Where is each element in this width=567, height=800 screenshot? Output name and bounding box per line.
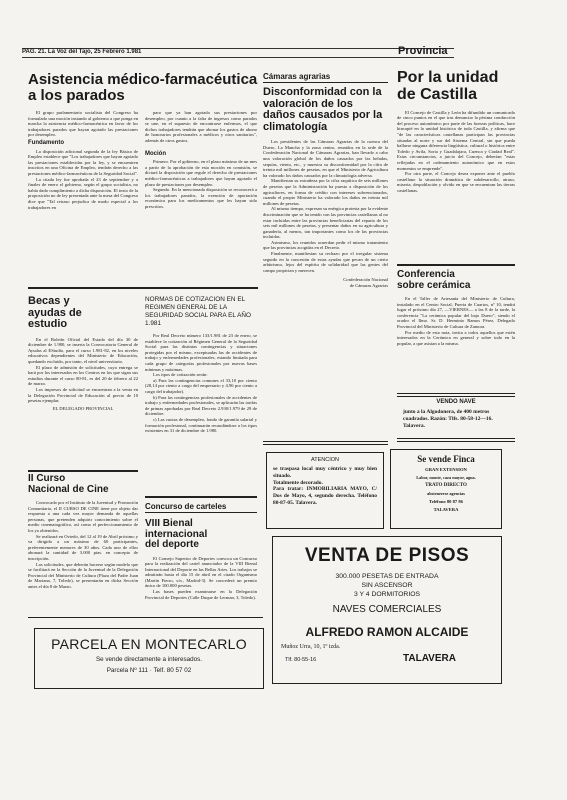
- ad-title: VENDO NAVE: [397, 399, 515, 405]
- headline-line1: Becas y: [28, 296, 138, 308]
- divider: [397, 438, 515, 442]
- ad-line: 300.000 PESETAS DE ENTRADA: [273, 573, 501, 580]
- headline: Disconformidad con la valoración de los …: [263, 87, 388, 133]
- headline: NORMAS DE COTIZACION EN EL REGIMEN GENER…: [145, 296, 257, 328]
- paragraph: Las bases pueden examinarse en la Delega…: [145, 589, 257, 600]
- subheading: Moción: [145, 152, 257, 158]
- paragraph: Por otra parte, el Concejo desea exponer…: [397, 171, 515, 193]
- divider: [145, 496, 257, 498]
- ad-line: NAVES COMERCIALES: [273, 604, 501, 615]
- ad-line: Para tratar: INMOBILIARIA MAYO, C/ Dos d…: [273, 486, 377, 506]
- article-castilla: Por la unidad de Castilla El Concejo de …: [397, 70, 515, 194]
- ad-atencion: ATENCION se traspasa local muy céntrico …: [266, 452, 384, 529]
- ad-title: ATENCION: [273, 457, 377, 463]
- ad-venta-pisos: VENTA DE PISOS 300.000 PESETAS DE ENTRAD…: [272, 536, 502, 684]
- divider: [28, 617, 263, 618]
- article-body: Convocado por el Instituto de la Juventu…: [28, 500, 138, 590]
- article-asistencia-headline: Asistencia médico-farmacéutica a los par…: [28, 72, 258, 104]
- ad-advertiser: ALFREDO RAMON ALCAIDE: [273, 625, 501, 639]
- headline-line2: Nacional de Cine: [28, 485, 138, 496]
- headline-line3: del deporte: [145, 540, 257, 551]
- headline-line1: Conferencia: [397, 270, 515, 281]
- ad-title: Se vende Finca: [391, 454, 501, 464]
- article-carteles: Concurso de carteles VIII Bienal interna…: [145, 502, 257, 600]
- signature: Confederación Nacional de Cámaras Agrari…: [263, 277, 388, 288]
- headline-line1: VIII Bienal: [145, 519, 257, 530]
- paragraph: paro que ya han agotado sus prestaciones…: [145, 110, 257, 144]
- article-body: Los presidentes de las Cámaras Agrarias …: [263, 139, 388, 273]
- ad-vendo-nave: VENDO NAVE junto a la Algodonera, de 400…: [397, 399, 515, 430]
- headline-line2: de Castilla: [397, 87, 515, 104]
- ad-city: TALAVERA: [391, 507, 501, 512]
- paragraph: Segundo. En la mencionada disposición se…: [145, 187, 257, 209]
- signature-line: de Cámaras Agrarias: [263, 283, 388, 289]
- divider: [28, 470, 138, 472]
- ad-footer: Tlf. 80-55-16 TALAVERA: [273, 653, 501, 667]
- divider: [28, 287, 258, 289]
- page-info: PAG. 21. La Voz del Tajo, 25 Febrero 1.9…: [22, 49, 141, 55]
- headline-line3: estudio: [28, 319, 138, 331]
- article-asistencia-col2: paro que ya han agotado sus prestaciones…: [145, 110, 257, 210]
- divider: [263, 441, 388, 445]
- paragraph: Finalmente, manifiestan su rechazo por e…: [263, 251, 388, 273]
- kicker: Cámaras agrarias: [263, 72, 388, 83]
- paragraph: En el Taller de Artesanía del Ministerio…: [397, 296, 515, 330]
- ad-line: Labor, monte, caza mayor, agua.: [391, 475, 501, 480]
- article-body: En el Taller de Artesanía del Ministerio…: [397, 296, 515, 346]
- headline-line2: sobre cerámica: [397, 281, 515, 292]
- ad-title: VENTA DE PISOS: [273, 545, 501, 567]
- ad-phone: Teléfono 80 87 86: [391, 499, 501, 504]
- article-cine: II Curso Nacional de Cine Convocado por …: [28, 474, 138, 590]
- divider: [397, 264, 515, 266]
- ad-phone: Tlf. 80-55-16: [285, 657, 316, 663]
- paragraph: Asimismo, los reunidos acuerdan pedir el…: [263, 240, 388, 251]
- divider: [397, 393, 515, 397]
- paragraph: b) Para las contingencias profesionales …: [145, 395, 257, 417]
- ad-line: se traspasa local muy céntrico y muy bie…: [273, 466, 377, 480]
- paragraph: c) Las cuotas de desempleo, fondo de gar…: [145, 417, 257, 434]
- article-camaras: Cámaras agrarias Disconformidad con la v…: [263, 72, 388, 289]
- article-body: En el Boletín Oficial del Estado del día…: [28, 337, 138, 404]
- paragraph: a) Para las contingencias comunes el 33,…: [145, 378, 257, 395]
- article-becas: Becas y ayudas de estudio En el Boletín …: [28, 296, 138, 411]
- ad-body: junto a la Algodonera, de 400 metros cua…: [397, 409, 515, 430]
- article-body: Por Real Decreto número 133/1.981 de 23 …: [145, 333, 257, 434]
- paragraph: Por medio de esta nota, invita a todos a…: [397, 330, 515, 347]
- paragraph: El plazo de admisión de solicitudes, cuy…: [28, 365, 138, 387]
- article-asistencia-col1: El grupo parlamentario socialista del Co…: [28, 110, 138, 210]
- headline-line1: Por la unidad: [397, 70, 515, 87]
- ad-address: Muñoz Urra, 10, 1º izda.: [281, 644, 501, 650]
- paragraph: Convocado por el Instituto de la Juventu…: [28, 500, 138, 534]
- paragraph: Al mismo tiempo, expresan su enérgica pr…: [263, 206, 388, 240]
- signature: EL DELEGADO PROVINCIAL: [28, 406, 138, 412]
- paragraph: El Consejo Superior de Deportes convoca …: [145, 556, 257, 590]
- article-body: El Consejo Superior de Deportes convoca …: [145, 556, 257, 601]
- ad-line: Se vende directamente a interesados.: [35, 656, 263, 663]
- ad-line: TRATO DIRECTO: [391, 483, 501, 488]
- paragraph: Se realizará en Oviedo, del 12 al 19 de …: [28, 534, 138, 562]
- headline-line2: a los parados: [28, 88, 258, 104]
- kicker: Concurso de carteles: [145, 502, 257, 513]
- paragraph: La citada ley fue aprobada el 23 de sept…: [28, 177, 138, 211]
- ad-line: 3 Y 4 DORMITORIOS: [273, 591, 501, 598]
- article-body: El Concejo de Castilla y León ha difundi…: [397, 110, 515, 194]
- ad-line: GRAN EXTENSION: [391, 467, 501, 472]
- ad-title: PARCELA EN MONTECARLO: [35, 636, 263, 652]
- ad-line: absteneerse agencias: [391, 491, 501, 496]
- section-title: Provincia: [398, 45, 448, 57]
- ad-line: Totalmente decorado.: [273, 480, 377, 487]
- paragraph: La disposición adicional segunda de la l…: [28, 149, 138, 177]
- headline-line1: Asistencia médico-farmacéutica: [28, 72, 258, 88]
- ad-line: SIN ASCENSOR: [273, 582, 501, 589]
- paragraph: Las solicitudes, que deberán hacerse seg…: [28, 562, 138, 590]
- paragraph: Por Real Decreto número 133/1.981 de 23 …: [145, 333, 257, 372]
- paragraph: Manifiestan su extrañeza por la cifra ra…: [263, 178, 388, 206]
- header-rule-bottom: [22, 57, 454, 58]
- paragraph: Los impresos de solicitud se encuentran …: [28, 387, 138, 404]
- paragraph: Primero. Por el gobierno, en el plazo má…: [145, 159, 257, 187]
- article-normas: NORMAS DE COTIZACION EN EL REGIMEN GENER…: [145, 296, 257, 434]
- ad-finca: Se vende Finca GRAN EXTENSION Labor, mon…: [390, 449, 502, 529]
- article-ceramica: Conferencia sobre cerámica En el Taller …: [397, 270, 515, 346]
- paragraph: El grupo parlamentario socialista del Co…: [28, 110, 138, 138]
- ad-line: Parcela Nº 111 · Telf. 80 57 02: [35, 667, 263, 674]
- paragraph: En el Boletín Oficial del Estado del día…: [28, 337, 138, 365]
- headline-line1: II Curso: [28, 474, 138, 485]
- paragraph: Los presidentes de las Cámaras Agrarias …: [263, 139, 388, 178]
- ad-city: TALAVERA: [403, 653, 456, 664]
- ad-parcela: PARCELA EN MONTECARLO Se vende directame…: [34, 628, 264, 689]
- paragraph: El Concejo de Castilla y León ha difundi…: [397, 110, 515, 172]
- subheading: Fundamento: [28, 141, 138, 147]
